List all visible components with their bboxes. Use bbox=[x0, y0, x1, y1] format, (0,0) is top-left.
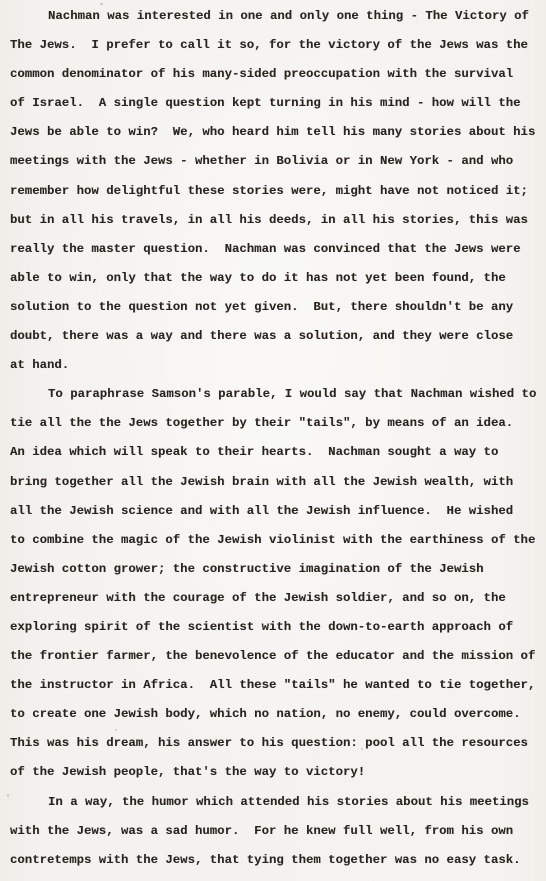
text-line: but in all his travels, in all his deeds… bbox=[10, 206, 546, 235]
text-line: all the Jewish science and with all the … bbox=[10, 497, 546, 526]
text-line: to combine the magic of the Jewish violi… bbox=[10, 526, 546, 555]
text-line: bring together all the Jewish brain with… bbox=[10, 468, 546, 497]
text-line: to create one Jewish body, which no nati… bbox=[10, 700, 546, 729]
text-line: exploring spirit of the scientist with t… bbox=[10, 613, 546, 642]
text-line: contretemps with the Jews, that tying th… bbox=[10, 846, 546, 875]
text-line: with the Jews, was a sad humor. For he k… bbox=[10, 817, 546, 846]
text-line: really the master question. Nachman was … bbox=[10, 235, 546, 264]
text-line: entrepreneur with the courage of the Jew… bbox=[10, 584, 546, 613]
text-line: To paraphrase Samson's parable, I would … bbox=[10, 380, 546, 409]
text-line: An idea which will speak to their hearts… bbox=[10, 438, 546, 467]
text-line: at hand. bbox=[10, 351, 546, 380]
text-line: Nachman was interested in one and only o… bbox=[10, 2, 546, 31]
scan-speck bbox=[361, 748, 363, 750]
text-line: In a way, the humor which attended his s… bbox=[10, 788, 546, 817]
text-line: the frontier farmer, the benevolence of … bbox=[10, 642, 546, 671]
scan-speck bbox=[7, 794, 9, 797]
text-line: of Israel. A single question kept turnin… bbox=[10, 89, 546, 118]
scan-speck bbox=[100, 3, 103, 5]
text-line: doubt, there was a way and there was a s… bbox=[10, 322, 546, 351]
text-line: The Jews. I prefer to call it so, for th… bbox=[10, 31, 546, 60]
text-line: This was his dream, his answer to his qu… bbox=[10, 729, 546, 758]
text-line: of the Jewish people, that's the way to … bbox=[10, 758, 546, 787]
text-line: able to win, only that the way to do it … bbox=[10, 264, 546, 293]
text-line: solution to the question not yet given. … bbox=[10, 293, 546, 322]
text-line: the instructor in Africa. All these "tai… bbox=[10, 671, 546, 700]
text-line: Jews be able to win? We, who heard him t… bbox=[10, 118, 546, 147]
text-line: remember how delightful these stories we… bbox=[10, 177, 546, 206]
document-page: Nachman was interested in one and only o… bbox=[0, 0, 546, 881]
text-line: common denominator of his many-sided pre… bbox=[10, 60, 546, 89]
text-line: meetings with the Jews - whether in Boli… bbox=[10, 147, 546, 176]
text-line: tie all the the Jews together by their "… bbox=[10, 409, 546, 438]
text-line: Jewish cotton grower; the constructive i… bbox=[10, 555, 546, 584]
scan-speck bbox=[115, 729, 117, 731]
